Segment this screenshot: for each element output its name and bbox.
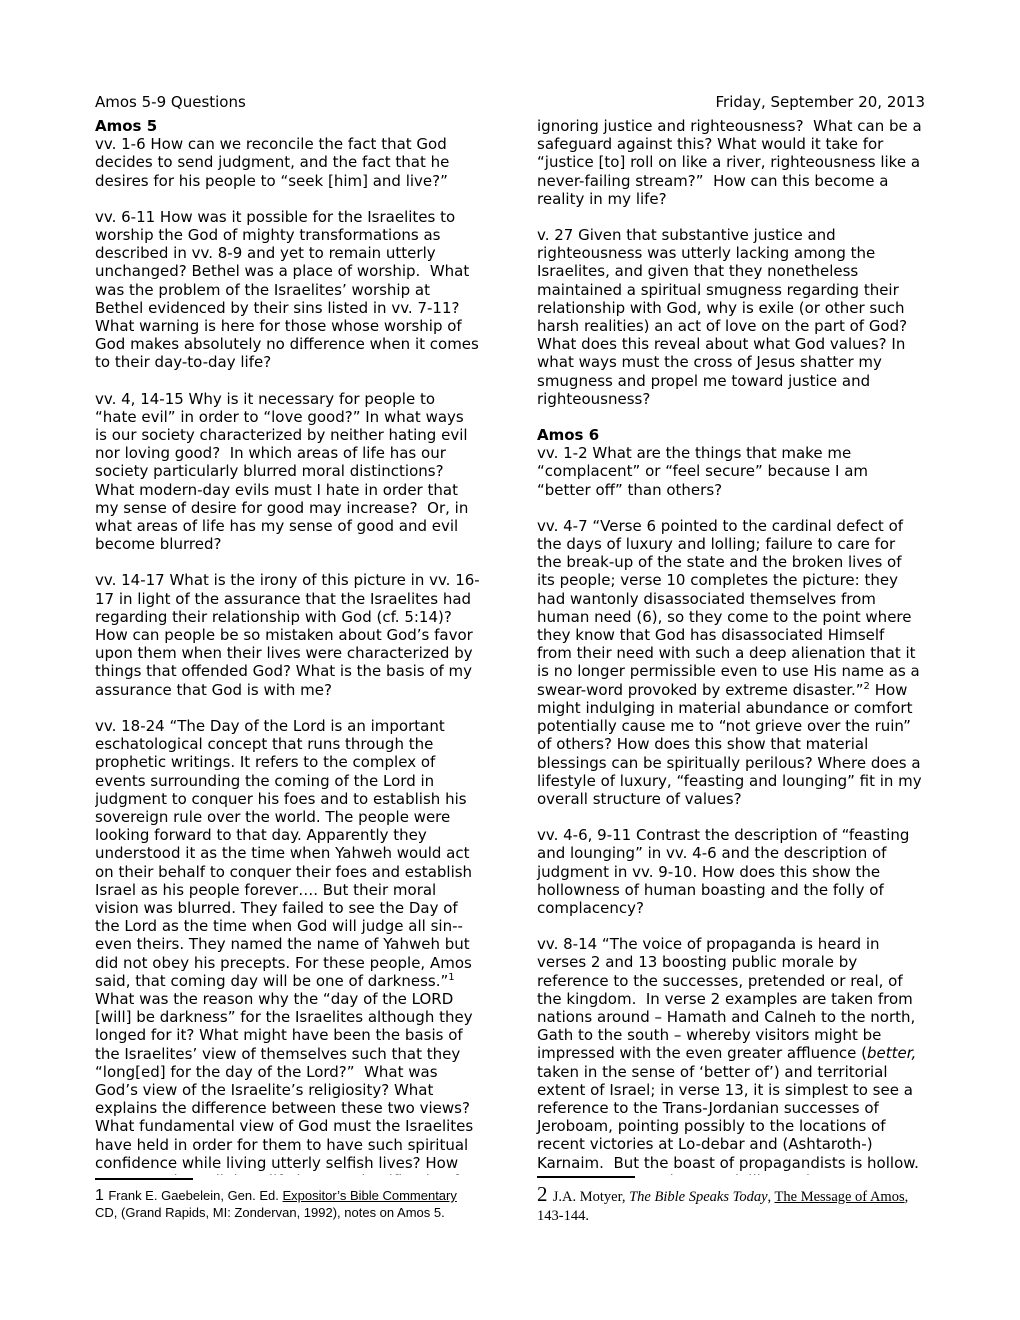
footnote-number: 1 [95,1187,108,1204]
text-span-italic: better, [867,1044,916,1062]
text-span: vv. 18-24 “The Day of the Lord is an imp… [95,717,477,990]
footnote-number: 2 [537,1182,553,1206]
header-title: Amos 5-9 Questions [95,93,246,111]
question-paragraph: vv. 4-6, 9-11 Contrast the description o… [537,826,922,917]
page-header: Amos 5-9 Questions Friday, September 20,… [95,93,925,111]
footnote-separator [537,1176,635,1178]
text-span-underline: The Message of Amos [775,1189,905,1205]
section-heading: Amos 5 [95,117,480,135]
footnote-separator [95,1178,193,1180]
question-paragraph: vv. 8-14 “The voice of propaganda is hea… [537,935,922,1175]
footnote-text: 2 J.A. Motyer, The Bible Speaks Today, T… [537,1185,922,1225]
text-span: taken in the sense of ‘better of’) and t… [537,1044,925,1175]
header-date: Friday, September 20, 2013 [716,93,925,111]
text-span: Frank E. Gaebelein, Gen. Ed. [108,1188,282,1203]
text-span: Amos 5 [95,117,157,135]
footnote-2: 2 J.A. Motyer, The Bible Speaks Today, T… [537,1176,922,1225]
question-paragraph: vv. 6-11 How was it possible for the Isr… [95,208,480,372]
question-paragraph: vv. 18-24 “The Day of the Lord is an imp… [95,717,480,1175]
question-paragraph: vv. 14-17 What is the irony of this pict… [95,571,480,698]
column-right: ignoring justice and righteousness? What… [537,117,922,1175]
footnote-text: 1 Frank E. Gaebelein, Gen. Ed. Expositor… [95,1187,480,1221]
document-page: Amos 5-9 Questions Friday, September 20,… [0,0,1020,1320]
text-span-underline: Expositor’s Bible Commentary [283,1188,457,1203]
two-column-body: Amos 5vv. 1-6 How can we reconcile the f… [95,117,925,1175]
text-span: How might indulging in material abundanc… [537,681,925,808]
text-span: Amos 6 [537,426,599,444]
text-span: ignoring justice and righteousness? What… [537,117,925,208]
text-span: v. 27 Given that substantive justice and… [537,226,912,408]
text-span: vv. 6-11 How was it possible for the Isr… [95,208,484,372]
text-span: vv. 4, 14-15 Why is it necessary for peo… [95,390,473,554]
question-paragraph: v. 27 Given that substantive justice and… [537,226,922,408]
text-span: vv. 4-7 “Verse 6 pointed to the cardinal… [537,517,925,699]
text-span: What was the reason why the “day of the … [95,972,478,1175]
text-span: vv. 4-6, 9-11 Contrast the description o… [537,826,914,917]
question-paragraph: vv. 1-2 What are the things that make me… [537,444,922,499]
question-paragraph: vv. 4, 14-15 Why is it necessary for peo… [95,390,480,554]
text-span: J.A. Motyer, [553,1189,629,1205]
footnote-1: 1 Frank E. Gaebelein, Gen. Ed. Expositor… [95,1178,480,1221]
column-left: Amos 5vv. 1-6 How can we reconcile the f… [95,117,480,1175]
question-paragraph: ignoring justice and righteousness? What… [537,117,922,208]
text-span: vv. 1-6 How can we reconcile the fact th… [95,135,454,189]
text-span: vv. 8-14 “The voice of propaganda is hea… [537,935,920,1062]
question-paragraph: vv. 1-6 How can we reconcile the fact th… [95,135,480,190]
text-span: vv. 14-17 What is the irony of this pict… [95,571,480,698]
text-span: , [768,1189,775,1205]
text-span-italic: The Bible Speaks Today [629,1189,767,1205]
text-span: vv. 1-2 What are the things that make me… [537,444,873,498]
section-heading: Amos 6 [537,426,922,444]
question-paragraph: vv. 4-7 “Verse 6 pointed to the cardinal… [537,517,922,808]
